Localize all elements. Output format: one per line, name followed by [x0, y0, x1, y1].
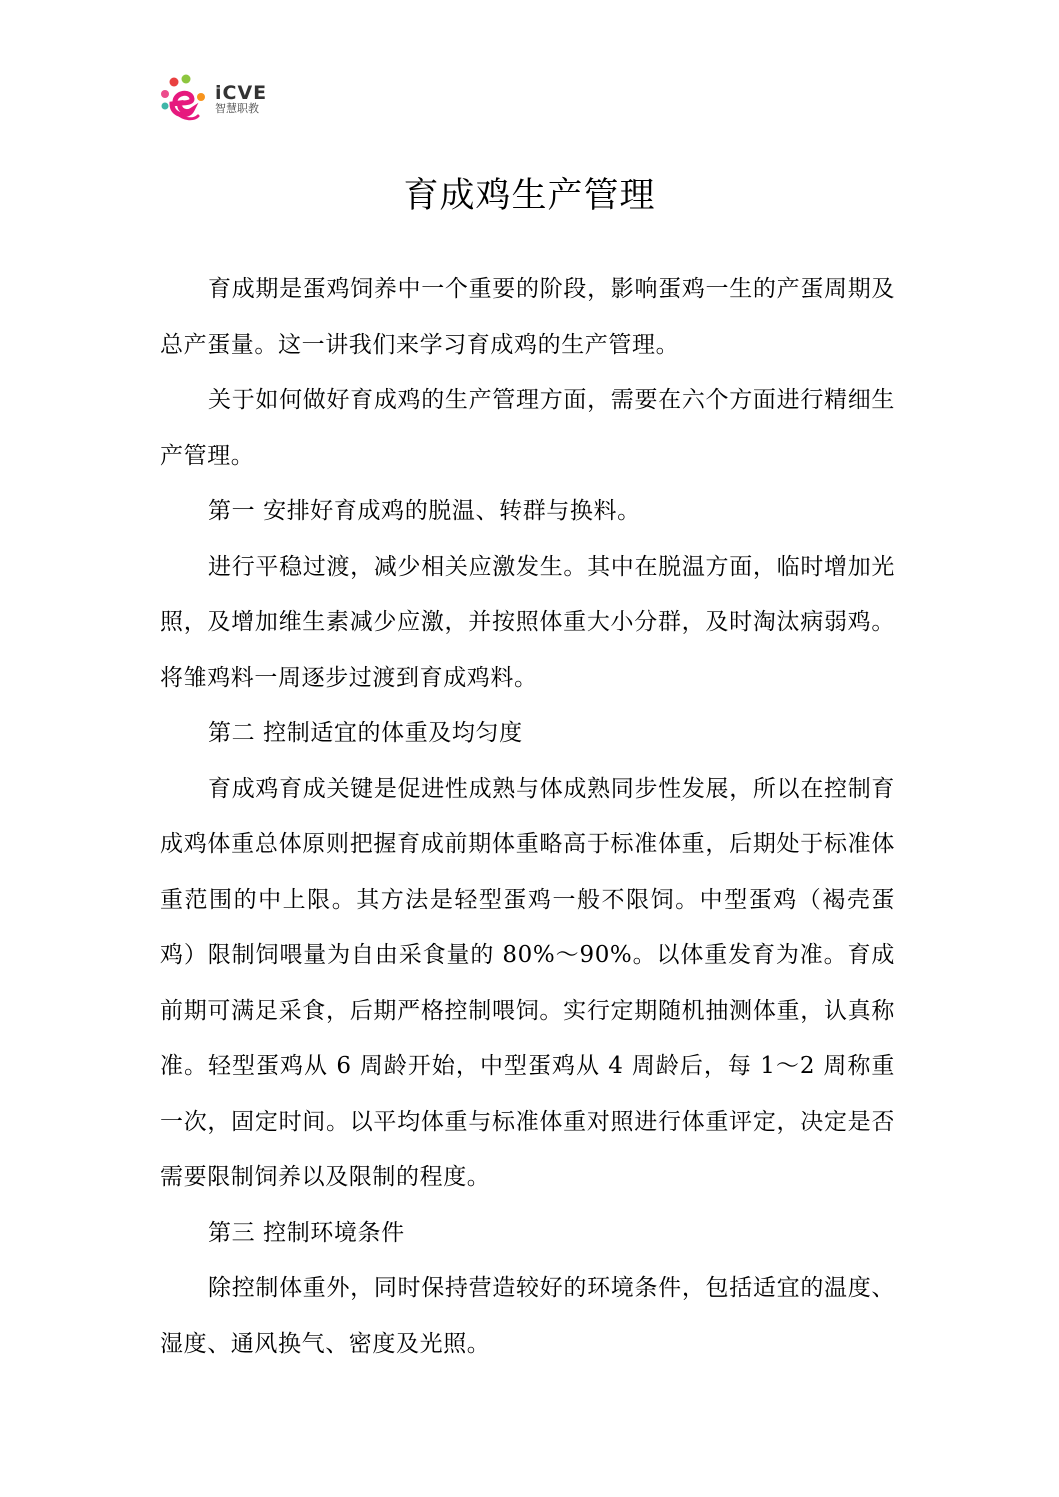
icve-logo: iCVE 智慧职教 [158, 72, 278, 124]
paragraph-section-1: 进行平稳过渡，减少相关应激发生。其中在脱温方面，临时增加光照，及增加维生素减少应… [160, 540, 895, 707]
paragraph-section-3: 除控制体重外，同时保持营造较好的环境条件，包括适宜的温度、湿度、通风换气、密度及… [160, 1261, 895, 1372]
logo-subtitle: 智慧职教 [215, 102, 267, 116]
section-heading-2: 第二 控制适宜的体重及均匀度 [160, 706, 895, 762]
document-body: 育成期是蛋鸡饲养中一个重要的阶段，影响蛋鸡一生的产蛋周期及总产蛋量。这一讲我们来… [160, 262, 895, 1372]
document-title: 育成鸡生产管理 [0, 168, 1059, 218]
paragraph-section-2: 育成鸡育成关键是促进性成熟与体成熟同步性发展，所以在控制育成鸡体重总体原则把握育… [160, 762, 895, 1206]
section-heading-1: 第一 安排好育成鸡的脱温、转群与换料。 [160, 484, 895, 540]
paragraph-intro: 育成期是蛋鸡饲养中一个重要的阶段，影响蛋鸡一生的产蛋周期及总产蛋量。这一讲我们来… [160, 262, 895, 373]
paragraph-overview: 关于如何做好育成鸡的生产管理方面，需要在六个方面进行精细生产管理。 [160, 373, 895, 484]
icve-paw-e-icon [158, 72, 212, 122]
logo-brand-text: iCVE [215, 84, 267, 102]
section-heading-3: 第三 控制环境条件 [160, 1206, 895, 1262]
